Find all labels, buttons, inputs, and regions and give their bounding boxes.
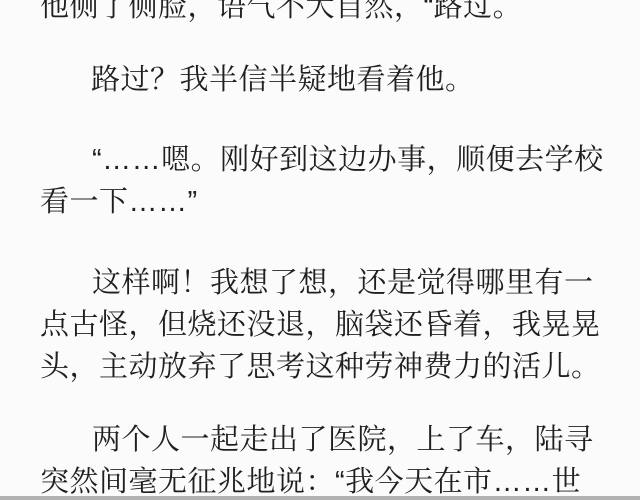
text-line: 突然间毫无征兆地说：“我今天在市……世 [40, 468, 581, 497]
bottom-edge-bar [0, 496, 640, 500]
text-line: 两个人一起走出了医院，上了车，陆寻 [92, 426, 594, 455]
novel-text-body: 他侧了侧脸，语气不大自然，“路过。路过？我半信半疑地看着他。“……嗯。刚好到这边… [0, 0, 640, 500]
text-line: 他侧了侧脸，语气不大自然，“路过。 [40, 0, 522, 22]
text-line: 路过？我半信半疑地看着他。 [91, 66, 475, 95]
text-line: 点古怪，但烧还没退，脑袋还昏着，我晃晃 [40, 311, 601, 340]
reader-page: 他侧了侧脸，语气不大自然，“路过。路过？我半信半疑地看着他。“……嗯。刚好到这边… [0, 0, 640, 500]
text-line: 这样啊！我想了想，还是觉得哪里有一 [92, 269, 594, 298]
text-line: “……嗯。刚好到这边办事，顺便去学校 [92, 146, 604, 175]
text-line: 头，主动放弃了思考这种劳神费力的活儿。 [40, 353, 601, 382]
text-line: 看一下……” [40, 188, 198, 217]
